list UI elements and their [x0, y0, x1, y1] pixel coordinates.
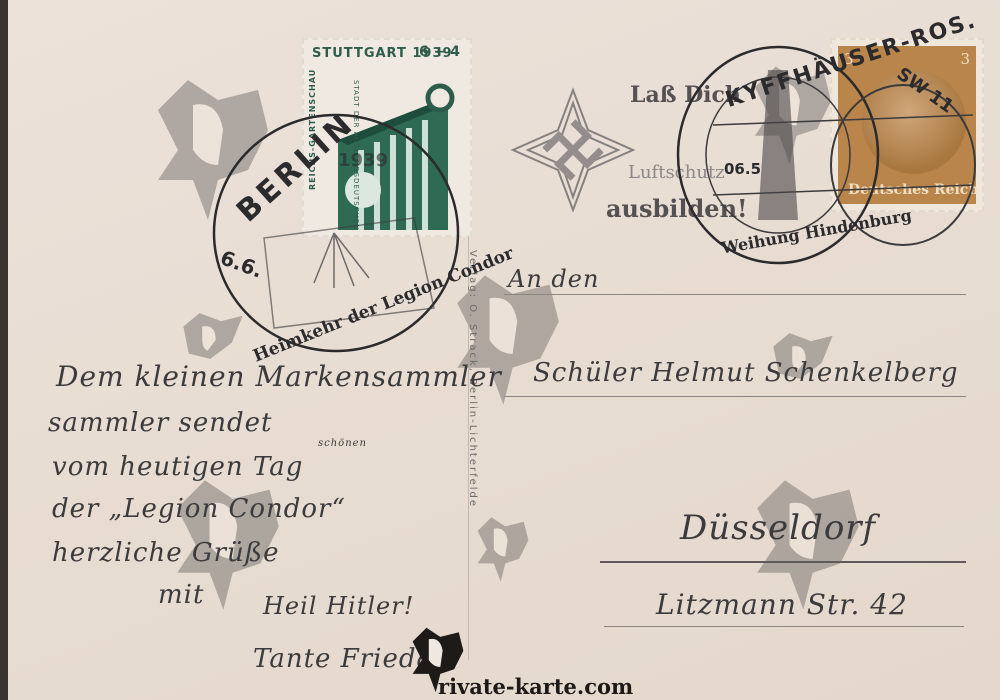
- address-line: [604, 626, 964, 627]
- message-line-5: herzliche Grüße: [52, 538, 280, 568]
- postcard: Verlag: O. Strack, Berlin-Lichterfelde S…: [8, 0, 1000, 700]
- message-insertion: schönen: [318, 438, 367, 449]
- message-line-4: der „Legion Condor“: [52, 494, 346, 524]
- message-line-7: Heil Hitler!: [263, 592, 414, 620]
- watermark-logo-icon: [473, 512, 533, 587]
- postmark-year: 1939: [338, 150, 388, 171]
- site-name: rivate-karte.com: [438, 674, 633, 699]
- address-salutation: An den: [508, 265, 599, 293]
- message-signature: Tante Frieda: [253, 644, 433, 674]
- site-watermark: rivate-karte.com: [408, 620, 618, 700]
- postmark-date: 06.5: [724, 160, 761, 178]
- message-line-1: Dem kleinen Markensammler: [56, 360, 502, 393]
- message-line-3: vom heutigen Tag: [52, 452, 303, 482]
- stamp-value: 6 + 4: [419, 44, 460, 60]
- address-name: Schüler Helmut Schenkelberg: [533, 358, 959, 388]
- address-line: [504, 294, 966, 295]
- address-street: Litzmann Str. 42: [656, 588, 908, 621]
- address-city: Düsseldorf: [680, 508, 876, 548]
- address-line: [600, 561, 966, 563]
- message-line-2: sammler sendet: [48, 408, 273, 438]
- message-line-6: mit: [158, 580, 204, 610]
- address-line: [504, 396, 966, 397]
